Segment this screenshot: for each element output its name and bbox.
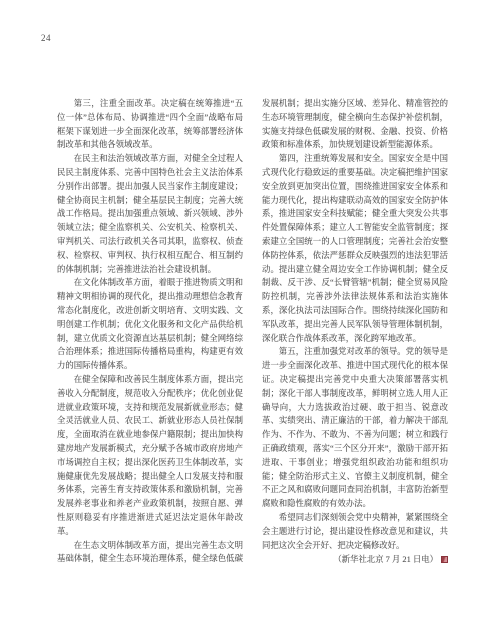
paragraph: 第四，注重统筹发展和安全。国家安全是中国式现代化行稳致远的重要基础。决定稿把维护… (262, 152, 448, 345)
dateline: （新华社北京 7 月 21 日电） (262, 553, 448, 567)
page-number: 24 (41, 33, 51, 43)
article-columns: 第三，注重全面改革。决定稿在统筹推进“五位一体”总体布局、协调推进“四个全面”战… (57, 97, 448, 571)
document-page: 24 第三，注重全面改革。决定稿在统筹推进“五位一体”总体布局、协调推进“四个全… (0, 0, 485, 640)
end-of-article-icon (441, 556, 448, 563)
dateline-text: （新华社北京 7 月 21 日电） (333, 555, 438, 564)
paragraph: 在民主和法治领域改革方面，对健全全过程人民民主制度体系、完善中国特色社会主义法治… (57, 152, 243, 276)
paragraph: 第五，注重加强党对改革的领导。党的领导是进一步全面深化改革、推进中国式现代化的根… (262, 345, 448, 511)
paragraph: 在健全保障和改善民生制度体系方面，提出完善收入分配制度，规范收入分配秩序；优化创… (57, 373, 243, 539)
paragraph: 希望同志们深刻领会党中央精神，紧紧围绕全会主题进行讨论，提出建设性修改意见和建议… (262, 511, 448, 552)
paragraph: 第三，注重全面改革。决定稿在统筹推进“五位一体”总体布局、协调推进“四个全面”战… (57, 97, 243, 152)
paragraph: 在文化体制改革方面，着眼于推进物质文明和精神文明相协调的现代化，提出推动理想信念… (57, 276, 243, 373)
